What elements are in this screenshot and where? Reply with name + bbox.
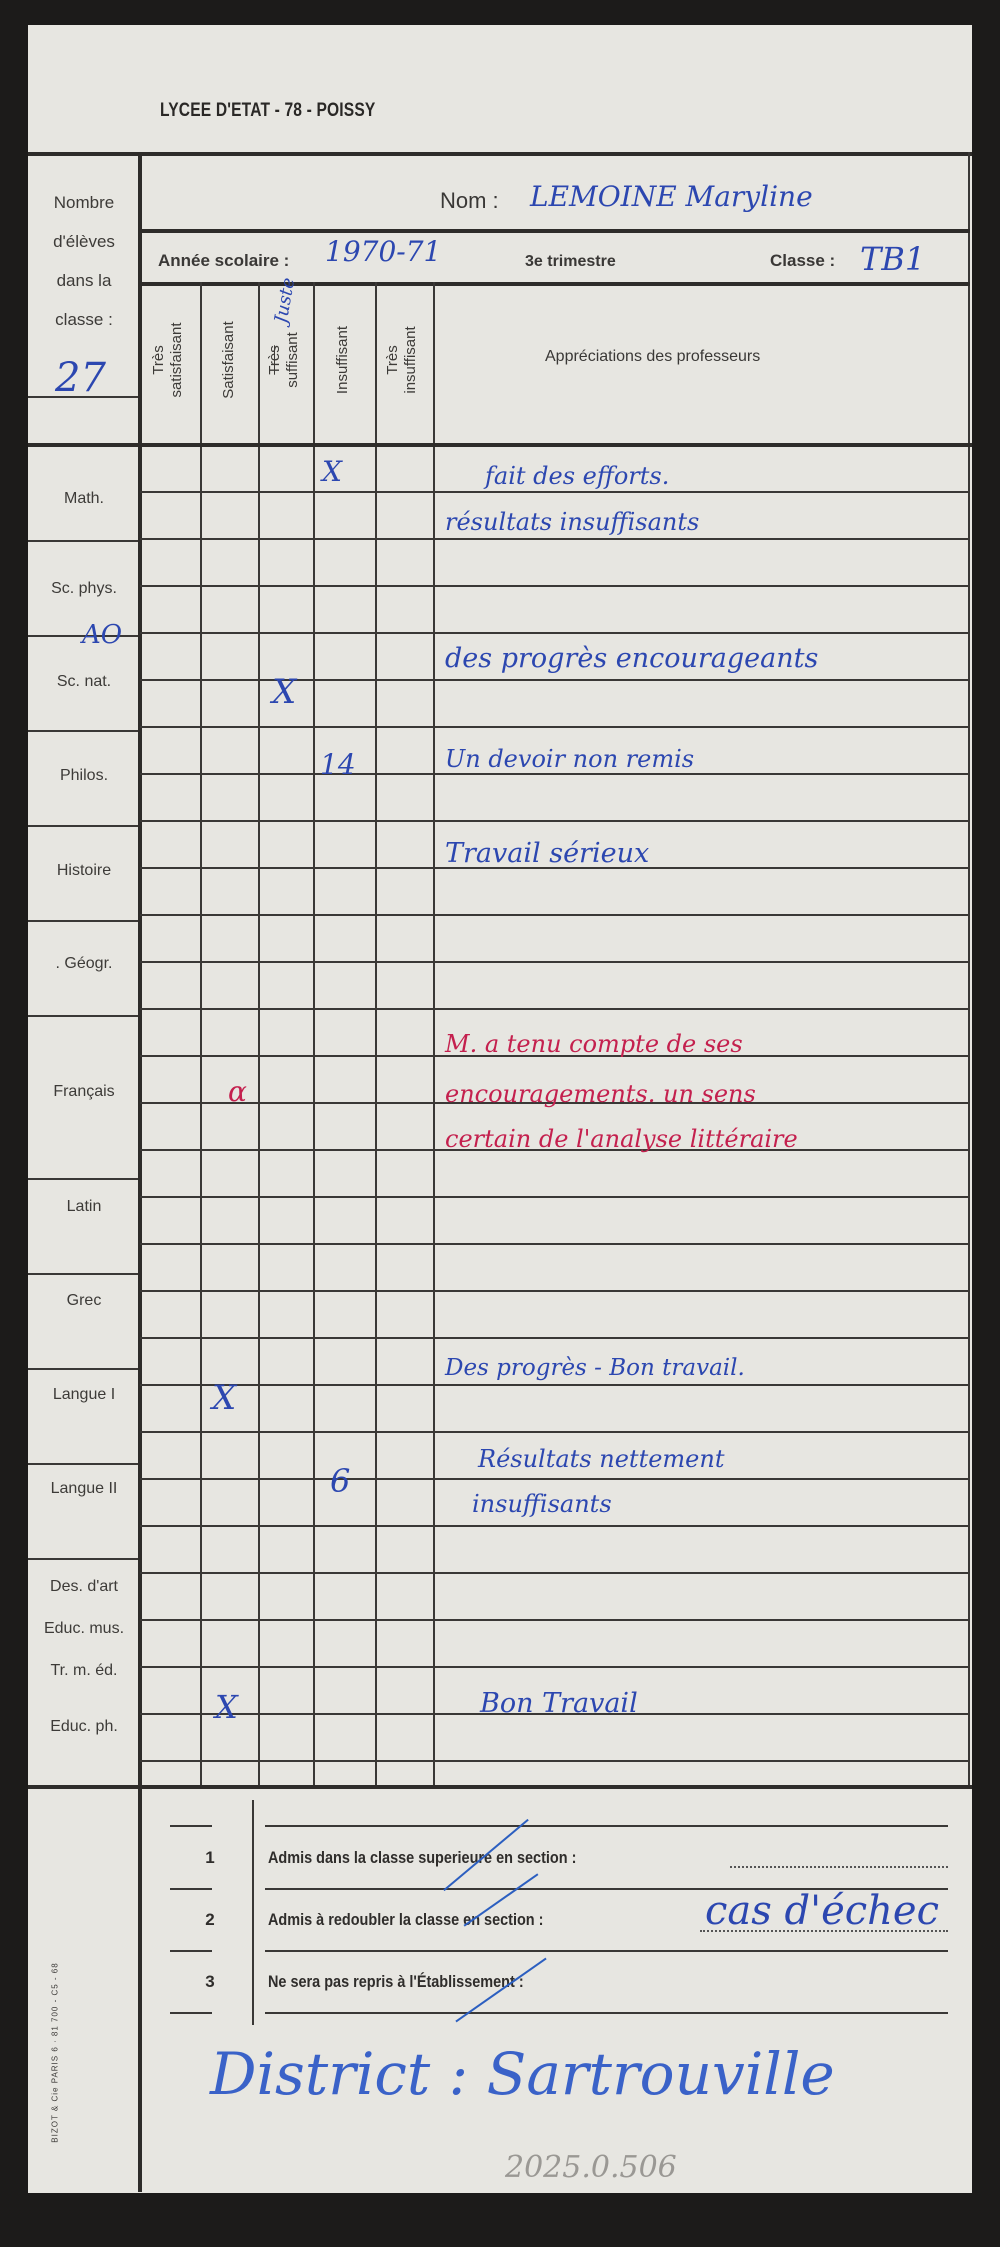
subject-separator bbox=[28, 920, 138, 922]
grid-row-line bbox=[140, 1666, 970, 1668]
decision-2-label: Admis à redoubler la classe en section : bbox=[268, 1910, 543, 1930]
class-size-label-line: dans la bbox=[30, 261, 138, 300]
comment-histoire: Travail sérieux bbox=[445, 838, 649, 869]
decision-num-rule bbox=[170, 2012, 212, 2014]
comment-philos: Un devoir non remis bbox=[445, 745, 694, 773]
district-note: District : Sartrouville bbox=[210, 2040, 835, 2108]
grid-row-line bbox=[140, 585, 970, 587]
subject-label: Latin bbox=[30, 1198, 138, 1216]
grid-row-line bbox=[140, 1290, 970, 1292]
grid-col-line bbox=[313, 282, 315, 1785]
subject-label: Sc. nat. bbox=[30, 673, 138, 691]
subject-separator bbox=[28, 540, 138, 542]
grid-row-line bbox=[140, 961, 970, 963]
school-year: 1970-71 bbox=[325, 235, 441, 268]
mark-francais: α bbox=[228, 1075, 247, 1108]
comment-math-1: fait des efforts. bbox=[485, 462, 669, 490]
comment-math-2: résultats insuffisants bbox=[445, 508, 699, 536]
term-label: 3e trimestre bbox=[525, 253, 616, 271]
subject-label: Grec bbox=[30, 1292, 138, 1310]
decision-1-number: 1 bbox=[195, 1848, 225, 1868]
subject-separator bbox=[28, 825, 138, 827]
header-line: insuffisant bbox=[402, 290, 420, 430]
student-name: LEMOINE Maryline bbox=[530, 180, 813, 213]
mark-scnat: X bbox=[272, 672, 296, 712]
comment-francais-3: certain de l'analyse littéraire bbox=[445, 1125, 798, 1153]
subject-label: Sc. phys. bbox=[30, 580, 138, 598]
decision-rule bbox=[265, 2012, 948, 2014]
class-size-rule bbox=[28, 396, 138, 398]
decision-1-field[interactable] bbox=[730, 1866, 948, 1868]
header-line: satisfaisant bbox=[168, 290, 186, 430]
subject-label: . Géogr. bbox=[30, 955, 138, 973]
grid-row-line bbox=[140, 1384, 970, 1386]
grid-col-line bbox=[200, 282, 202, 1785]
grid-row-line bbox=[140, 632, 970, 634]
subject-separator bbox=[28, 1558, 138, 1560]
class-label: Classe : bbox=[770, 251, 835, 271]
subject-label: Langue I bbox=[30, 1386, 138, 1404]
subject-label: Langue II bbox=[30, 1480, 138, 1498]
grid-row-line bbox=[140, 1478, 970, 1480]
decision-number-divider bbox=[252, 1800, 254, 2025]
subject-label: Des. d'art bbox=[30, 1578, 138, 1596]
decision-1-label: Admis dans la classe superieure en secti… bbox=[268, 1848, 576, 1868]
grid-row-line bbox=[140, 1008, 970, 1010]
printer-mark: BIZOT & Cie PARIS 6 · 81 700 - C5 - 68 bbox=[51, 1953, 60, 2153]
decision-2-number: 2 bbox=[195, 1910, 225, 1930]
subject-separator bbox=[28, 1015, 138, 1017]
decision-num-rule bbox=[170, 1950, 212, 1952]
comment-langue2-2: insuffisants bbox=[472, 1490, 612, 1518]
grid-row-line bbox=[140, 820, 970, 822]
comment-francais-1: M. a tenu compte de ses bbox=[445, 1030, 743, 1058]
comment-langue2-1: Résultats nettement bbox=[478, 1445, 724, 1473]
mark-educph: X bbox=[215, 1688, 238, 1726]
subject-label: Français bbox=[30, 1083, 138, 1101]
subject-separator bbox=[28, 730, 138, 732]
grid-row-line bbox=[140, 914, 970, 916]
grid-col-line bbox=[375, 282, 377, 1785]
year-row-rule bbox=[140, 282, 970, 286]
name-label: Nom : bbox=[440, 188, 499, 214]
mark-langue2: 6 bbox=[330, 1462, 350, 1500]
grid-row-line bbox=[140, 1431, 970, 1433]
grid-row-line bbox=[140, 491, 970, 493]
header-line: Très bbox=[384, 290, 402, 430]
grid-row-line bbox=[140, 1619, 970, 1621]
class-size-label-line: Nombre bbox=[30, 183, 138, 222]
comment-francais-2: encouragements. un sens bbox=[445, 1080, 756, 1108]
name-row-rule bbox=[140, 229, 970, 233]
subject-separator bbox=[28, 1273, 138, 1275]
subject-label: Histoire bbox=[30, 862, 138, 880]
decision-rule bbox=[265, 1825, 948, 1827]
header-satisfaisant: Satisfaisant bbox=[220, 290, 240, 430]
decision-num-rule bbox=[170, 1825, 212, 1827]
subject-label: Educ. ph. bbox=[30, 1718, 138, 1736]
header-line: Très bbox=[150, 290, 168, 430]
comment-educph: Bon Travail bbox=[480, 1688, 638, 1719]
class-size-label-line: d'élèves bbox=[30, 222, 138, 261]
subject-separator bbox=[28, 1178, 138, 1180]
grid-row-line bbox=[140, 1572, 970, 1574]
class-size-value: 27 bbox=[55, 355, 106, 401]
comment-scnat: des progrès encourageants bbox=[445, 643, 818, 674]
subject-annotation-scnat: AO bbox=[82, 620, 122, 650]
grid-row-line bbox=[140, 726, 970, 728]
class-size-label-line: classe : bbox=[30, 300, 138, 339]
mark-math: X bbox=[322, 455, 342, 488]
left-column-divider bbox=[138, 152, 142, 2192]
grid-row-line bbox=[140, 679, 970, 681]
right-border bbox=[968, 152, 970, 1786]
subject-label: Tr. m. éd. bbox=[30, 1662, 138, 1680]
mark-philos: 14 bbox=[320, 748, 356, 781]
header-tres-satisfaisant: Très satisfaisant bbox=[150, 290, 190, 430]
mark-langue1: X bbox=[212, 1378, 236, 1418]
header-tres-insuffisant: Très insuffisant bbox=[384, 290, 424, 430]
comment-langue1: Des progrès - Bon travail. bbox=[445, 1355, 745, 1381]
decision-rule bbox=[265, 1950, 948, 1952]
subject-label: Math. bbox=[30, 490, 138, 508]
school-title: LYCEE D'ETAT - 78 - POISSY bbox=[160, 100, 375, 122]
grid-row-line bbox=[140, 1337, 970, 1339]
header-insuffisant: Insuffisant bbox=[334, 290, 354, 430]
subject-separator bbox=[28, 1368, 138, 1370]
grid-row-line bbox=[140, 1760, 970, 1762]
decision-3-label: Ne sera pas repris à l'Établissement : bbox=[268, 1972, 524, 1992]
comments-header: Appréciations des professeurs bbox=[545, 348, 760, 366]
grid-row-line bbox=[140, 1196, 970, 1198]
grid-row-line bbox=[140, 538, 970, 540]
class-size-label: Nombre d'élèves dans la classe : bbox=[30, 183, 138, 339]
class-value: TB1 bbox=[860, 240, 925, 278]
subject-label: Educ. mus. bbox=[30, 1620, 138, 1638]
decision-num-rule bbox=[170, 1888, 212, 1890]
grid-row-line bbox=[140, 773, 970, 775]
archive-number: 2025.0.506 bbox=[505, 2150, 677, 2185]
grid-col-line bbox=[258, 282, 260, 1785]
grid-row-line bbox=[140, 1525, 970, 1527]
decision-3-number: 3 bbox=[195, 1972, 225, 1992]
grid-row-line bbox=[140, 1243, 970, 1245]
grid-col-line bbox=[433, 282, 435, 1785]
top-rule bbox=[28, 152, 972, 156]
subject-label: Philos. bbox=[30, 767, 138, 785]
subject-separator bbox=[28, 1463, 138, 1465]
header-rule bbox=[28, 443, 972, 447]
year-label: Année scolaire : bbox=[158, 251, 289, 271]
decision-top-rule bbox=[28, 1785, 972, 1789]
decision-2-value: cas d'échec bbox=[705, 1888, 939, 1934]
